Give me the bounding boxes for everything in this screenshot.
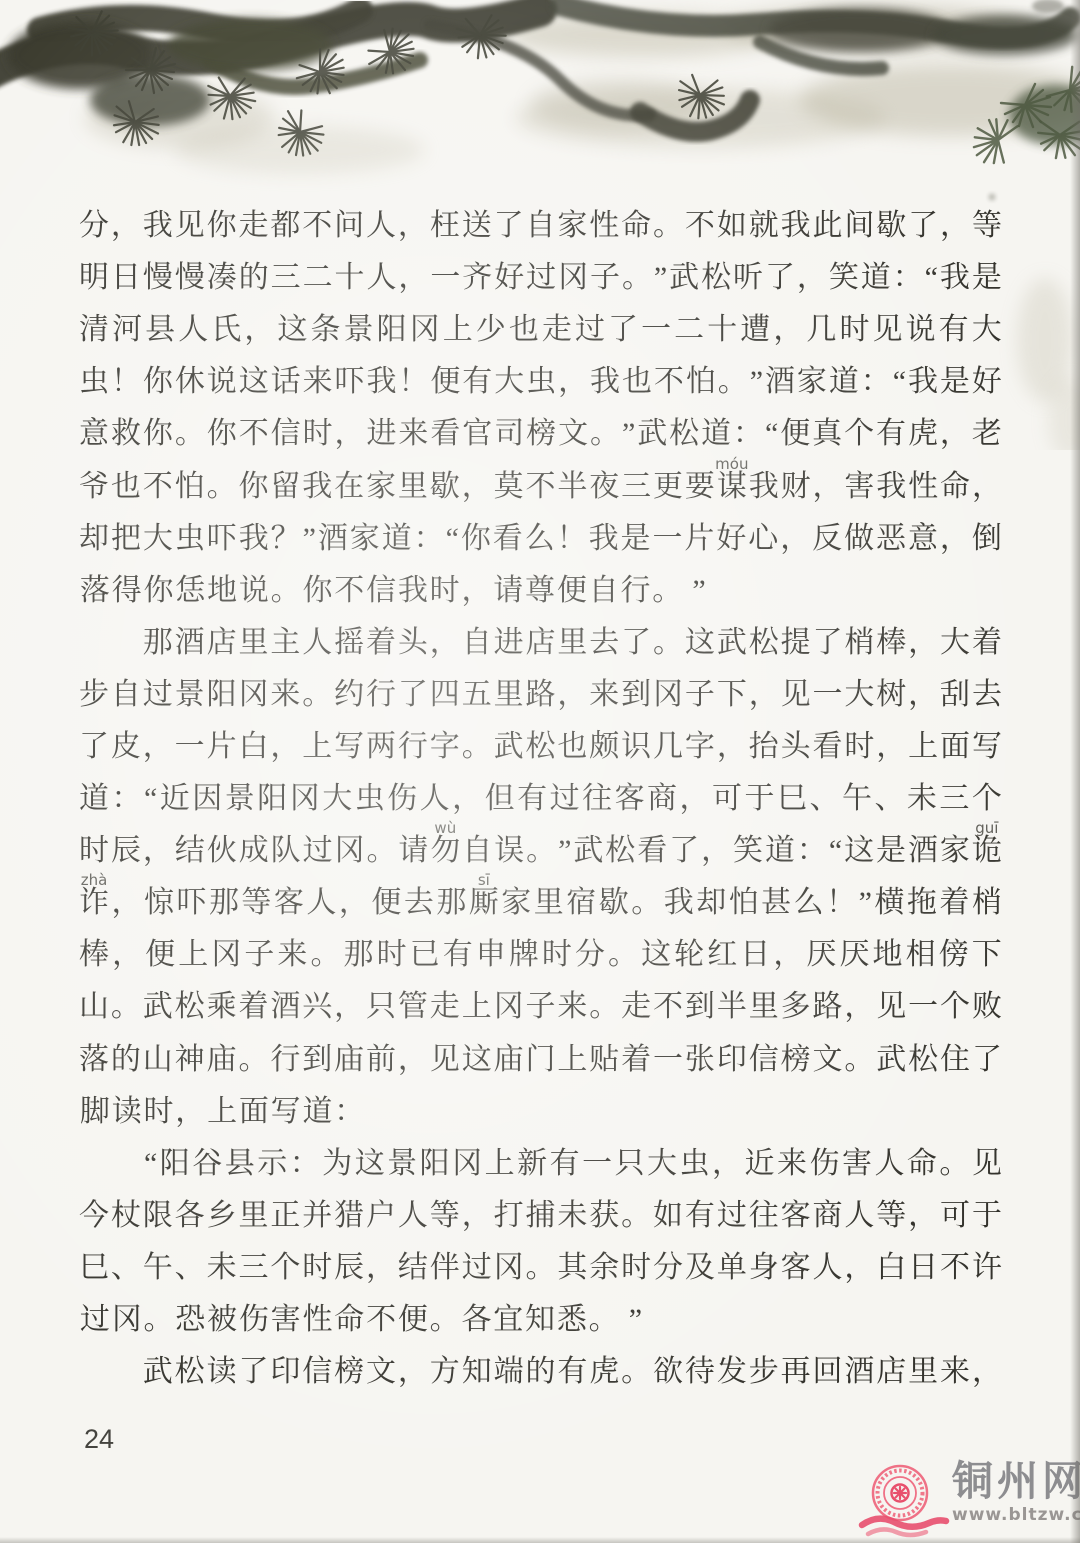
character: “ xyxy=(893,367,906,397)
character: 等 xyxy=(876,1201,906,1231)
character: 上 xyxy=(443,315,473,345)
character: 是 xyxy=(940,367,970,397)
character: 慢 xyxy=(143,263,173,293)
character: ： xyxy=(861,367,891,397)
character: 时 xyxy=(303,419,333,449)
character: ” xyxy=(859,888,872,918)
character: 这 xyxy=(239,367,269,397)
character: 虫 xyxy=(355,784,385,814)
character: 县 xyxy=(225,1149,255,1179)
character: 张 xyxy=(685,1045,715,1075)
character: 时 xyxy=(839,315,869,345)
character: 红 xyxy=(707,940,737,970)
pinyin-annotation: móu xyxy=(715,457,748,472)
character: 真 xyxy=(812,419,842,449)
character: 里 xyxy=(749,992,779,1022)
character: 行 xyxy=(270,1045,300,1075)
character: 了 xyxy=(908,211,938,241)
character: 。 xyxy=(366,836,396,866)
character: 里 xyxy=(908,1357,938,1387)
character: 性 xyxy=(908,472,938,502)
character: 你 xyxy=(207,419,237,449)
character: 一 xyxy=(175,732,205,762)
character: 留 xyxy=(270,472,300,502)
character: 商 xyxy=(812,1201,842,1231)
character: 不 xyxy=(239,419,269,449)
character: 命 xyxy=(940,472,970,502)
character: 这 xyxy=(462,1045,492,1075)
character: 信 xyxy=(365,576,397,606)
character: 许 xyxy=(972,1253,1002,1283)
character: ， xyxy=(844,1253,874,1283)
character: 厌 xyxy=(839,940,869,970)
character: 你 xyxy=(302,576,334,606)
character: 也 xyxy=(509,315,539,345)
character: “ xyxy=(925,263,938,293)
character: 怕 xyxy=(175,472,205,502)
character: 不 xyxy=(302,211,332,241)
character: ， xyxy=(712,1149,742,1179)
character: 。 xyxy=(270,576,302,606)
character: 是 xyxy=(621,524,651,554)
character: 我 xyxy=(749,472,779,502)
character: 。 xyxy=(653,628,683,658)
character: 端 xyxy=(494,1357,524,1387)
character: 人 xyxy=(178,315,208,345)
character: 那 xyxy=(344,940,374,970)
character: 如 xyxy=(717,211,747,241)
character: 酒 xyxy=(318,524,348,554)
character: ， xyxy=(876,732,906,762)
character: 。 xyxy=(590,419,620,449)
character: 里 xyxy=(238,1201,268,1231)
character: 不 xyxy=(940,1253,970,1283)
character: 上 xyxy=(557,1045,587,1075)
character: “ xyxy=(765,419,778,449)
character: 日 xyxy=(740,940,770,970)
character: 有 xyxy=(462,367,492,397)
text-line: 那酒店里主人摇着头，自进店里去了。这武松提了梢棒，大着 xyxy=(79,617,1002,669)
character: 里 xyxy=(398,472,428,502)
character: 来 xyxy=(777,1149,807,1179)
character: 店 xyxy=(525,628,555,658)
character: 遭 xyxy=(740,315,770,345)
character: 我 xyxy=(397,576,429,606)
character: 提 xyxy=(781,628,811,658)
character: ， xyxy=(812,472,842,502)
character xyxy=(79,1149,109,1179)
character: 回 xyxy=(812,1357,842,1387)
character: ， xyxy=(334,992,364,1022)
character: 各 xyxy=(175,1201,205,1231)
character: 子 xyxy=(685,680,715,710)
paragraph: “阳谷县示：为这景阳冈上新有一只大虫，近来伤害人命。见今杖限各乡里正并猎户人等，… xyxy=(79,1138,1002,1346)
pinyin-annotation: zhà xyxy=(81,873,108,888)
character: 。 xyxy=(651,576,683,606)
character: 莫 xyxy=(494,472,524,502)
character: 横 xyxy=(874,888,904,918)
character: 庙 xyxy=(494,1045,524,1075)
character: 写 xyxy=(334,732,364,762)
character: 子 xyxy=(525,992,555,1022)
character: “ xyxy=(829,836,842,866)
character: 那 xyxy=(209,888,239,918)
character: 酒 xyxy=(908,836,938,866)
character: 好 xyxy=(716,524,746,554)
character: 信 xyxy=(271,419,301,449)
character: 冈 xyxy=(494,1253,524,1283)
character: 害 xyxy=(842,1149,872,1179)
character: 抬 xyxy=(749,732,779,762)
character: 武 xyxy=(573,836,603,866)
character: 写 xyxy=(972,732,1002,762)
character: 未 xyxy=(907,784,937,814)
character: 印 xyxy=(717,1045,747,1075)
character: 成 xyxy=(239,836,269,866)
character: 等 xyxy=(430,1201,460,1231)
character: 里 xyxy=(557,628,587,658)
character: 宜 xyxy=(492,1305,524,1335)
text-line: 分，我见你走都不问人，枉送了自家性命。不如就我此间歇了，等 xyxy=(79,200,1002,252)
character: 及 xyxy=(685,1253,715,1283)
character: 见 xyxy=(876,992,906,1022)
character: 你 xyxy=(461,524,491,554)
character: 。 xyxy=(608,940,638,970)
character: 景 xyxy=(225,784,255,814)
character: 梢 xyxy=(844,628,874,658)
character: 辰 xyxy=(111,836,141,866)
character: 冈 xyxy=(238,680,268,710)
paragraph: 分，我见你走都不问人，枉送了自家性命。不如就我此间歇了，等明日慢慢凑的三二十人，… xyxy=(79,200,1002,617)
text-line: 诈zhà，惊吓那等客人，便去那厮sī家里宿歇。我却怕甚么！”横拖着梢 xyxy=(79,877,1002,929)
character: 误 xyxy=(494,836,524,866)
character: 皮 xyxy=(111,732,141,762)
character: 见 xyxy=(972,1149,1002,1179)
character: 冈 xyxy=(452,1149,482,1179)
character: 限 xyxy=(143,1201,173,1231)
character: 看 xyxy=(637,836,667,866)
character: ， xyxy=(430,628,460,658)
textbook-page: 分，我见你走都不问人，枉送了自家性命。不如就我此间歇了，等明日慢慢凑的三二十人，… xyxy=(0,0,1080,1543)
character: 里 xyxy=(494,680,524,710)
character: ” xyxy=(620,1305,652,1335)
character: 家 xyxy=(797,367,827,397)
character: ： xyxy=(893,263,923,293)
character: 如 xyxy=(653,1201,683,1231)
character: 来 xyxy=(589,680,619,710)
watermark-site-name: 铜州网 xyxy=(952,1459,1080,1505)
character: 三 xyxy=(238,1253,268,1283)
character: 队 xyxy=(271,836,301,866)
character: 道 xyxy=(302,1097,334,1127)
character: 的 xyxy=(525,1357,555,1387)
character: 过 xyxy=(526,263,556,293)
character: 被 xyxy=(206,1305,238,1335)
character: 酒 xyxy=(844,1357,874,1387)
text-line: 清河县人氏，这条景阳冈上少也走过了一二十遭，几时见说有大 xyxy=(79,304,1002,356)
character: 个 xyxy=(844,419,874,449)
character: 颇 xyxy=(589,732,619,762)
character: 辰 xyxy=(334,1253,364,1283)
character: ， xyxy=(143,836,173,866)
character: 话 xyxy=(271,367,301,397)
character: 未 xyxy=(557,1201,587,1231)
character: 救 xyxy=(111,419,141,449)
character: 单 xyxy=(717,1253,747,1283)
character: 冈 xyxy=(211,940,241,970)
character: 可 xyxy=(712,784,742,814)
character: 谋móu xyxy=(717,472,747,502)
character: 酒 xyxy=(270,992,300,1022)
character: 我 xyxy=(590,367,620,397)
character: 商 xyxy=(647,784,677,814)
character: 片 xyxy=(207,732,237,762)
character: 阳 xyxy=(420,1149,450,1179)
character: 再 xyxy=(781,1357,811,1387)
character: 。 xyxy=(939,1149,969,1179)
character: 也 xyxy=(111,472,141,502)
character: 性 xyxy=(302,1305,334,1335)
character: 行 xyxy=(620,576,652,606)
text-line: 时辰，结伙成队过冈。请勿wù自误。”武松看了，笑道：“这是酒家诡guī xyxy=(79,825,1002,877)
character: 谷 xyxy=(192,1149,222,1179)
character: 走 xyxy=(238,211,268,241)
character: 官 xyxy=(462,419,492,449)
character: 到 xyxy=(302,1045,332,1075)
character: 倒 xyxy=(972,524,1002,554)
character: 。 xyxy=(844,1045,874,1075)
character: 走 xyxy=(542,315,572,345)
character: 面 xyxy=(238,1097,270,1127)
character: 一 xyxy=(653,1045,683,1075)
character: ， xyxy=(844,992,874,1022)
character: 余 xyxy=(589,1253,619,1283)
character: ， xyxy=(773,940,803,970)
character: 文 xyxy=(558,419,588,449)
character: 。 xyxy=(588,1305,620,1335)
text-line: 棒，便上冈子来。那时已有申牌时分。这轮红日，厌厌地相傍下 xyxy=(79,929,1002,981)
character: 、 xyxy=(111,1253,141,1283)
character: 看 xyxy=(493,524,523,554)
character: 冈 xyxy=(558,263,588,293)
character: 枉 xyxy=(430,211,460,241)
character: 虎 xyxy=(589,1357,619,1387)
character: 客 xyxy=(615,784,645,814)
character: 下 xyxy=(717,680,747,710)
character: 便 xyxy=(430,367,460,397)
character: 庙 xyxy=(207,1045,237,1075)
character: 此 xyxy=(812,211,842,241)
character: 虫 xyxy=(680,1149,710,1179)
character: 多 xyxy=(781,992,811,1022)
character: 见 xyxy=(175,211,205,241)
character: 客 xyxy=(781,1201,811,1231)
character: 是 xyxy=(972,263,1002,293)
character: 知 xyxy=(462,1357,492,1387)
character: 武 xyxy=(669,263,699,293)
character: 五 xyxy=(462,680,492,710)
character: 武 xyxy=(494,732,524,762)
character: 往 xyxy=(582,784,612,814)
character: 往 xyxy=(749,1201,779,1231)
character: 管 xyxy=(398,992,428,1022)
character: 。 xyxy=(621,1201,651,1231)
character: 店 xyxy=(207,628,237,658)
character: 待 xyxy=(685,1357,715,1387)
character: 大 xyxy=(322,784,352,814)
text-line: 巳、午、未三个时辰，结伴过冈。其余时分及单身客人，白日不许 xyxy=(79,1242,1002,1294)
character: 么 xyxy=(525,524,555,554)
page-scan-right-edge xyxy=(1070,0,1080,1543)
pinyin-annotation: sī xyxy=(478,873,490,888)
character: 悉 xyxy=(556,1305,588,1335)
character: 行 xyxy=(398,732,428,762)
character: 不 xyxy=(365,1305,397,1335)
character: 三 xyxy=(939,784,969,814)
character: ： xyxy=(797,836,827,866)
text-line: 过冈。恐被伤害性命不便。各宜知悉。” xyxy=(79,1294,1002,1346)
character: 人 xyxy=(874,1149,904,1179)
text-line: 山。武松乘着酒兴，只管走上冈子来。走不到半里多路，见一个败 xyxy=(79,981,1002,1033)
character: 自 xyxy=(462,628,492,658)
character: 客 xyxy=(781,1253,811,1283)
character: 人 xyxy=(812,1253,842,1283)
character: 白 xyxy=(238,732,268,762)
character: 我 xyxy=(664,888,694,918)
character: 人 xyxy=(420,784,450,814)
character: ， xyxy=(339,888,369,918)
character: 分 xyxy=(575,940,605,970)
character: ” xyxy=(750,367,763,397)
character: 请 xyxy=(398,836,428,866)
character: 我 xyxy=(366,367,396,397)
character: 诡guī xyxy=(972,836,1002,866)
character: ， xyxy=(111,888,141,918)
character: 一 xyxy=(812,680,842,710)
character: 分 xyxy=(79,211,109,241)
character: 树 xyxy=(876,680,906,710)
character: ： xyxy=(733,419,763,449)
character: 。 xyxy=(526,836,556,866)
character: 在 xyxy=(334,472,364,502)
character: 有 xyxy=(517,784,547,814)
character: 道 xyxy=(829,367,859,397)
character: 伤 xyxy=(809,1149,839,1179)
character: 门 xyxy=(525,1045,555,1075)
character: ， xyxy=(111,211,141,241)
site-logo-seal-icon xyxy=(858,1461,950,1541)
character: 武 xyxy=(637,419,667,449)
character: 间 xyxy=(844,211,874,241)
character: 兴 xyxy=(302,992,332,1022)
character: 好 xyxy=(972,367,1002,397)
character: 就 xyxy=(749,211,779,241)
character: 尊 xyxy=(524,576,556,606)
character: 印 xyxy=(270,1357,300,1387)
character: 这 xyxy=(685,628,715,658)
character: 只 xyxy=(366,992,396,1022)
character: 、 xyxy=(175,1253,205,1283)
character: 三 xyxy=(271,263,301,293)
character: ， xyxy=(452,784,482,814)
character: 步 xyxy=(749,1357,779,1387)
character: 示 xyxy=(257,1149,287,1179)
character: 牌 xyxy=(509,940,539,970)
character: ， xyxy=(143,732,173,762)
character: 不 xyxy=(143,472,173,502)
character: 了 xyxy=(238,1357,268,1387)
character: ， xyxy=(773,315,803,345)
character: 酒 xyxy=(175,628,205,658)
character: 那 xyxy=(143,628,173,658)
character: 伤 xyxy=(387,784,417,814)
character: ， xyxy=(335,419,365,449)
character: 获 xyxy=(589,1201,619,1231)
character: 你 xyxy=(207,211,237,241)
character: 一 xyxy=(652,524,682,554)
character: 来 xyxy=(398,419,428,449)
character: 景 xyxy=(175,680,205,710)
character: 你 xyxy=(238,472,268,502)
character: ： xyxy=(333,1097,365,1127)
character: 。 xyxy=(631,888,661,918)
character: 贴 xyxy=(589,1045,619,1075)
character: 财 xyxy=(781,472,811,502)
character: 有 xyxy=(685,1201,715,1231)
character: 夜 xyxy=(589,472,619,502)
character: 白 xyxy=(876,1253,906,1283)
character: 好 xyxy=(494,263,524,293)
character: 虫 xyxy=(79,367,109,397)
character: 因 xyxy=(192,784,222,814)
character: 见 xyxy=(430,1045,460,1075)
character: 命 xyxy=(907,1149,937,1179)
character: 行 xyxy=(366,680,396,710)
character: 去 xyxy=(404,888,434,918)
character: 着 xyxy=(621,1045,651,1075)
character: 上 xyxy=(206,1097,238,1127)
character: 有 xyxy=(557,1357,587,1387)
character: 都 xyxy=(270,211,300,241)
character: 店 xyxy=(876,1357,906,1387)
character: 恶 xyxy=(876,524,906,554)
character: 巳 xyxy=(777,784,807,814)
character: 松 xyxy=(605,836,635,866)
character: 。 xyxy=(310,940,340,970)
character: 进 xyxy=(366,419,396,449)
character: 阳 xyxy=(207,680,237,710)
character: ， xyxy=(112,940,142,970)
character: 司 xyxy=(494,419,524,449)
character: 路 xyxy=(812,992,842,1022)
character: 也 xyxy=(557,732,587,762)
character: 大 xyxy=(940,628,970,658)
character: ， xyxy=(749,680,779,710)
character: 。 xyxy=(589,992,619,1022)
character: 我 xyxy=(143,211,173,241)
paragraph: 武松读了印信榜文，方知端的有虎。欲待发步再回酒店里来， xyxy=(79,1346,1002,1398)
character: 半 xyxy=(717,992,747,1022)
character: 山 xyxy=(143,1045,173,1075)
character: 。 xyxy=(653,211,683,241)
character: 字 xyxy=(685,732,715,762)
character: ！ xyxy=(111,367,141,397)
character: 伴 xyxy=(430,1253,460,1283)
text-line: 明日慢慢凑的三二十人，一齐好过冈子。”武松听了，笑道：“我是 xyxy=(79,252,1002,304)
character: ” xyxy=(303,524,316,554)
character: 我 xyxy=(781,211,811,241)
character xyxy=(79,628,109,658)
